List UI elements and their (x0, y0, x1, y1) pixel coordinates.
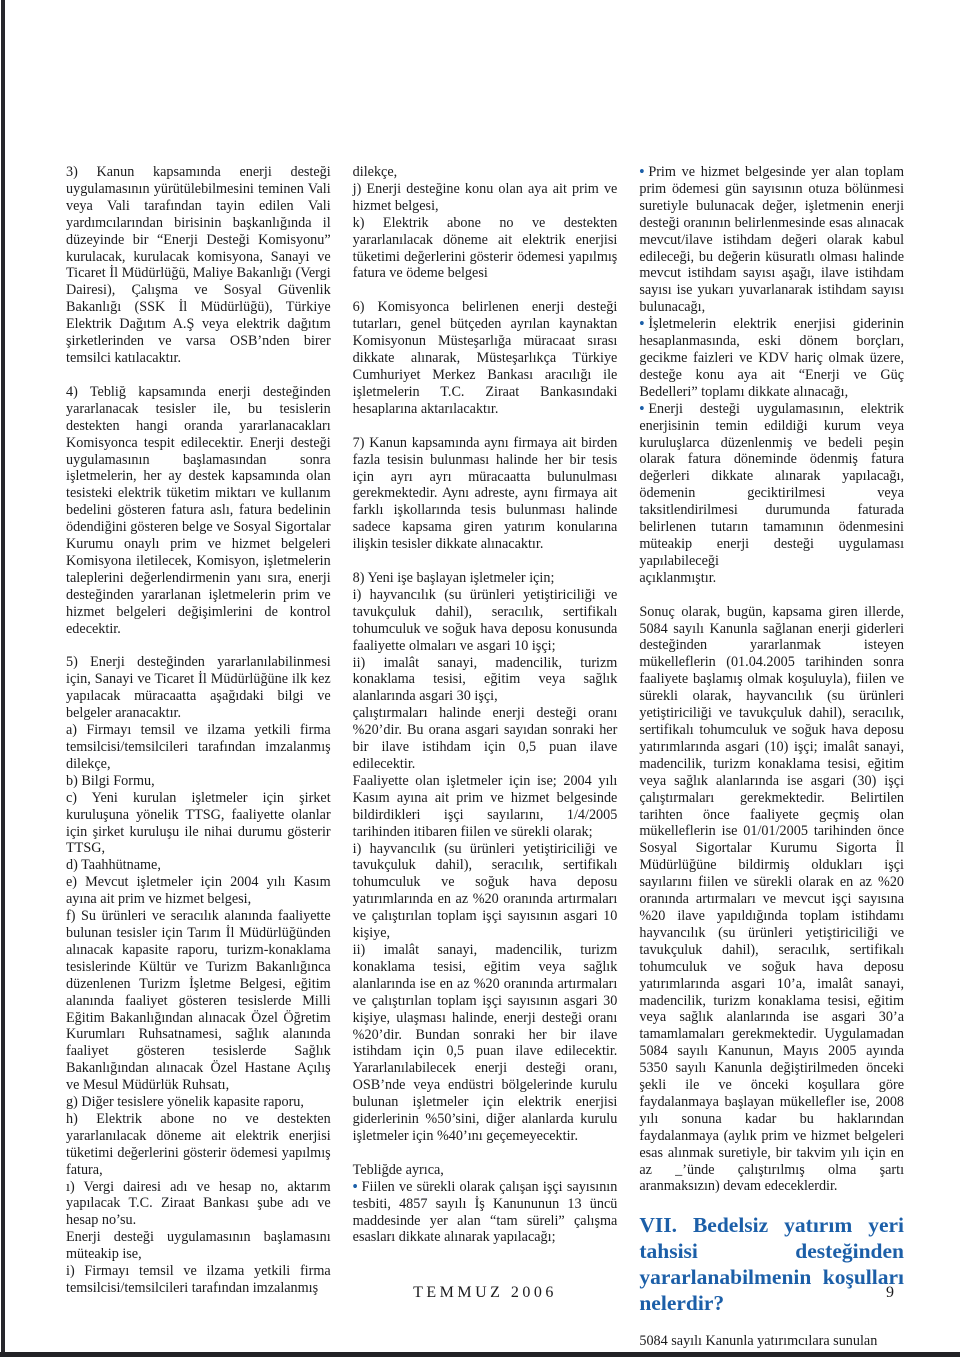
subitem-i-new: i) hayvancılık (su ürünleri yetiştiricil… (353, 587, 618, 655)
bullet-item-invoice: •Enerji desteği uygulamasının, elektrik … (639, 401, 904, 570)
paragraph-8-existing: Faaliyette olan işletmeler için ise; 200… (353, 773, 618, 841)
paragraph-6: 6) Komisyonca belirlenen enerji desteği … (353, 299, 618, 417)
list-item-a: a) Firmayı temsil ve ilzama yetkili firm… (66, 722, 331, 773)
list-item-d: d) Taahhütname, (66, 857, 331, 874)
paragraph-5-intro: 5) Enerji desteğinden yararlanılabilinme… (66, 654, 331, 722)
scan-edge-bottom (0, 1352, 960, 1357)
bullet-text: Prim ve hizmet belgesinde yer alan topla… (639, 164, 904, 315)
section-vii-opening: 5084 sayılı Kanunla yatırımcılara sunula… (639, 1333, 904, 1350)
teblig-intro: Tebliğde ayrıca, (353, 1162, 618, 1179)
list-item-e: e) Mevcut işletmeler için 2004 yılı Kası… (66, 874, 331, 908)
list-item-c: c) Yeni kurulan işletmeler için şirket k… (66, 790, 331, 858)
bullet-item-electricity-cost: •İşletmelerin elektrik enerjisi giderini… (639, 316, 904, 401)
list-transition: Enerji desteği uygulamasının başlamasını… (66, 1229, 331, 1263)
column-1: 3) Kanun kapsamında enerji desteği uygul… (66, 164, 331, 1350)
bullet-icon: • (639, 401, 644, 417)
page-footer: TEMMUZ 2006 9 (66, 1284, 904, 1304)
subitem-i-existing: i) hayvancılık (su ürünleri yetiştiricil… (353, 841, 618, 942)
paragraph-4: 4) Tebliğ kapsamında enerji desteğinden … (66, 384, 331, 638)
paragraph-7: 7) Kanun kapsamında aynı firmaya ait bir… (353, 435, 618, 553)
bullet-text: İşletmelerin elektrik enerjisi giderinin… (639, 316, 904, 400)
conclusion-paragraph: Sonuç olarak, bugün, kapsama giren iller… (639, 604, 904, 1196)
bullet-item-premium-days: •Prim ve hizmet belgesinde yer alan topl… (639, 164, 904, 316)
list-item-k: k) Elektrik abone no ve destekten yararl… (353, 215, 618, 283)
list-item-f: f) Su ürünleri ve seracılık alanında faa… (66, 908, 331, 1094)
list-item-g: g) Diğer tesislere yönelik kapasite rapo… (66, 1094, 331, 1111)
column-3: •Prim ve hizmet belgesinde yer alan topl… (639, 164, 904, 1350)
paragraph-8-rate: çalıştırmaları halinde enerji desteği or… (353, 705, 618, 773)
list-item-i-dotless: ı) Vergi dairesi adı ve hesap no, aktarı… (66, 1179, 331, 1230)
subitem-ii-existing: ii) imalât sanayi, madencilik, turizm ko… (353, 942, 618, 1145)
bullet-icon: • (639, 316, 644, 332)
list-item-b: b) Bilgi Formu, (66, 773, 331, 790)
closing-word: açıklanmıştır. (639, 570, 904, 587)
paragraph-8-intro: 8) Yeni işe başlayan işletmeler için; (353, 570, 618, 587)
bullet-icon: • (639, 164, 644, 180)
subitem-ii-new: ii) imalât sanayi, madencilik, turizm ko… (353, 655, 618, 706)
bullet-text: Enerji desteği uygulamasının, elektrik e… (639, 401, 904, 569)
bullet-text: Fiilen ve sürekli olarak çalışan işçi sa… (353, 1179, 618, 1246)
issue-date: TEMMUZ 2006 (66, 1284, 904, 1302)
list-continuation: dilekçe, (353, 164, 618, 181)
page-number: 9 (886, 1284, 894, 1302)
column-2: dilekçe, j) Enerji desteğine konu olan a… (353, 164, 618, 1350)
scan-edge-left (1, 0, 5, 1357)
bullet-icon: • (353, 1179, 358, 1195)
bullet-item-worker-count: •Fiilen ve sürekli olarak çalışan işçi s… (353, 1179, 618, 1247)
paragraph-3: 3) Kanun kapsamında enerji desteği uygul… (66, 164, 331, 367)
list-item-h: h) Elektrik abone no ve destekten yararl… (66, 1111, 331, 1179)
page-content: 3) Kanun kapsamında enerji desteği uygul… (66, 164, 904, 1350)
list-item-j: j) Enerji desteğine konu olan aya ait pr… (353, 181, 618, 215)
